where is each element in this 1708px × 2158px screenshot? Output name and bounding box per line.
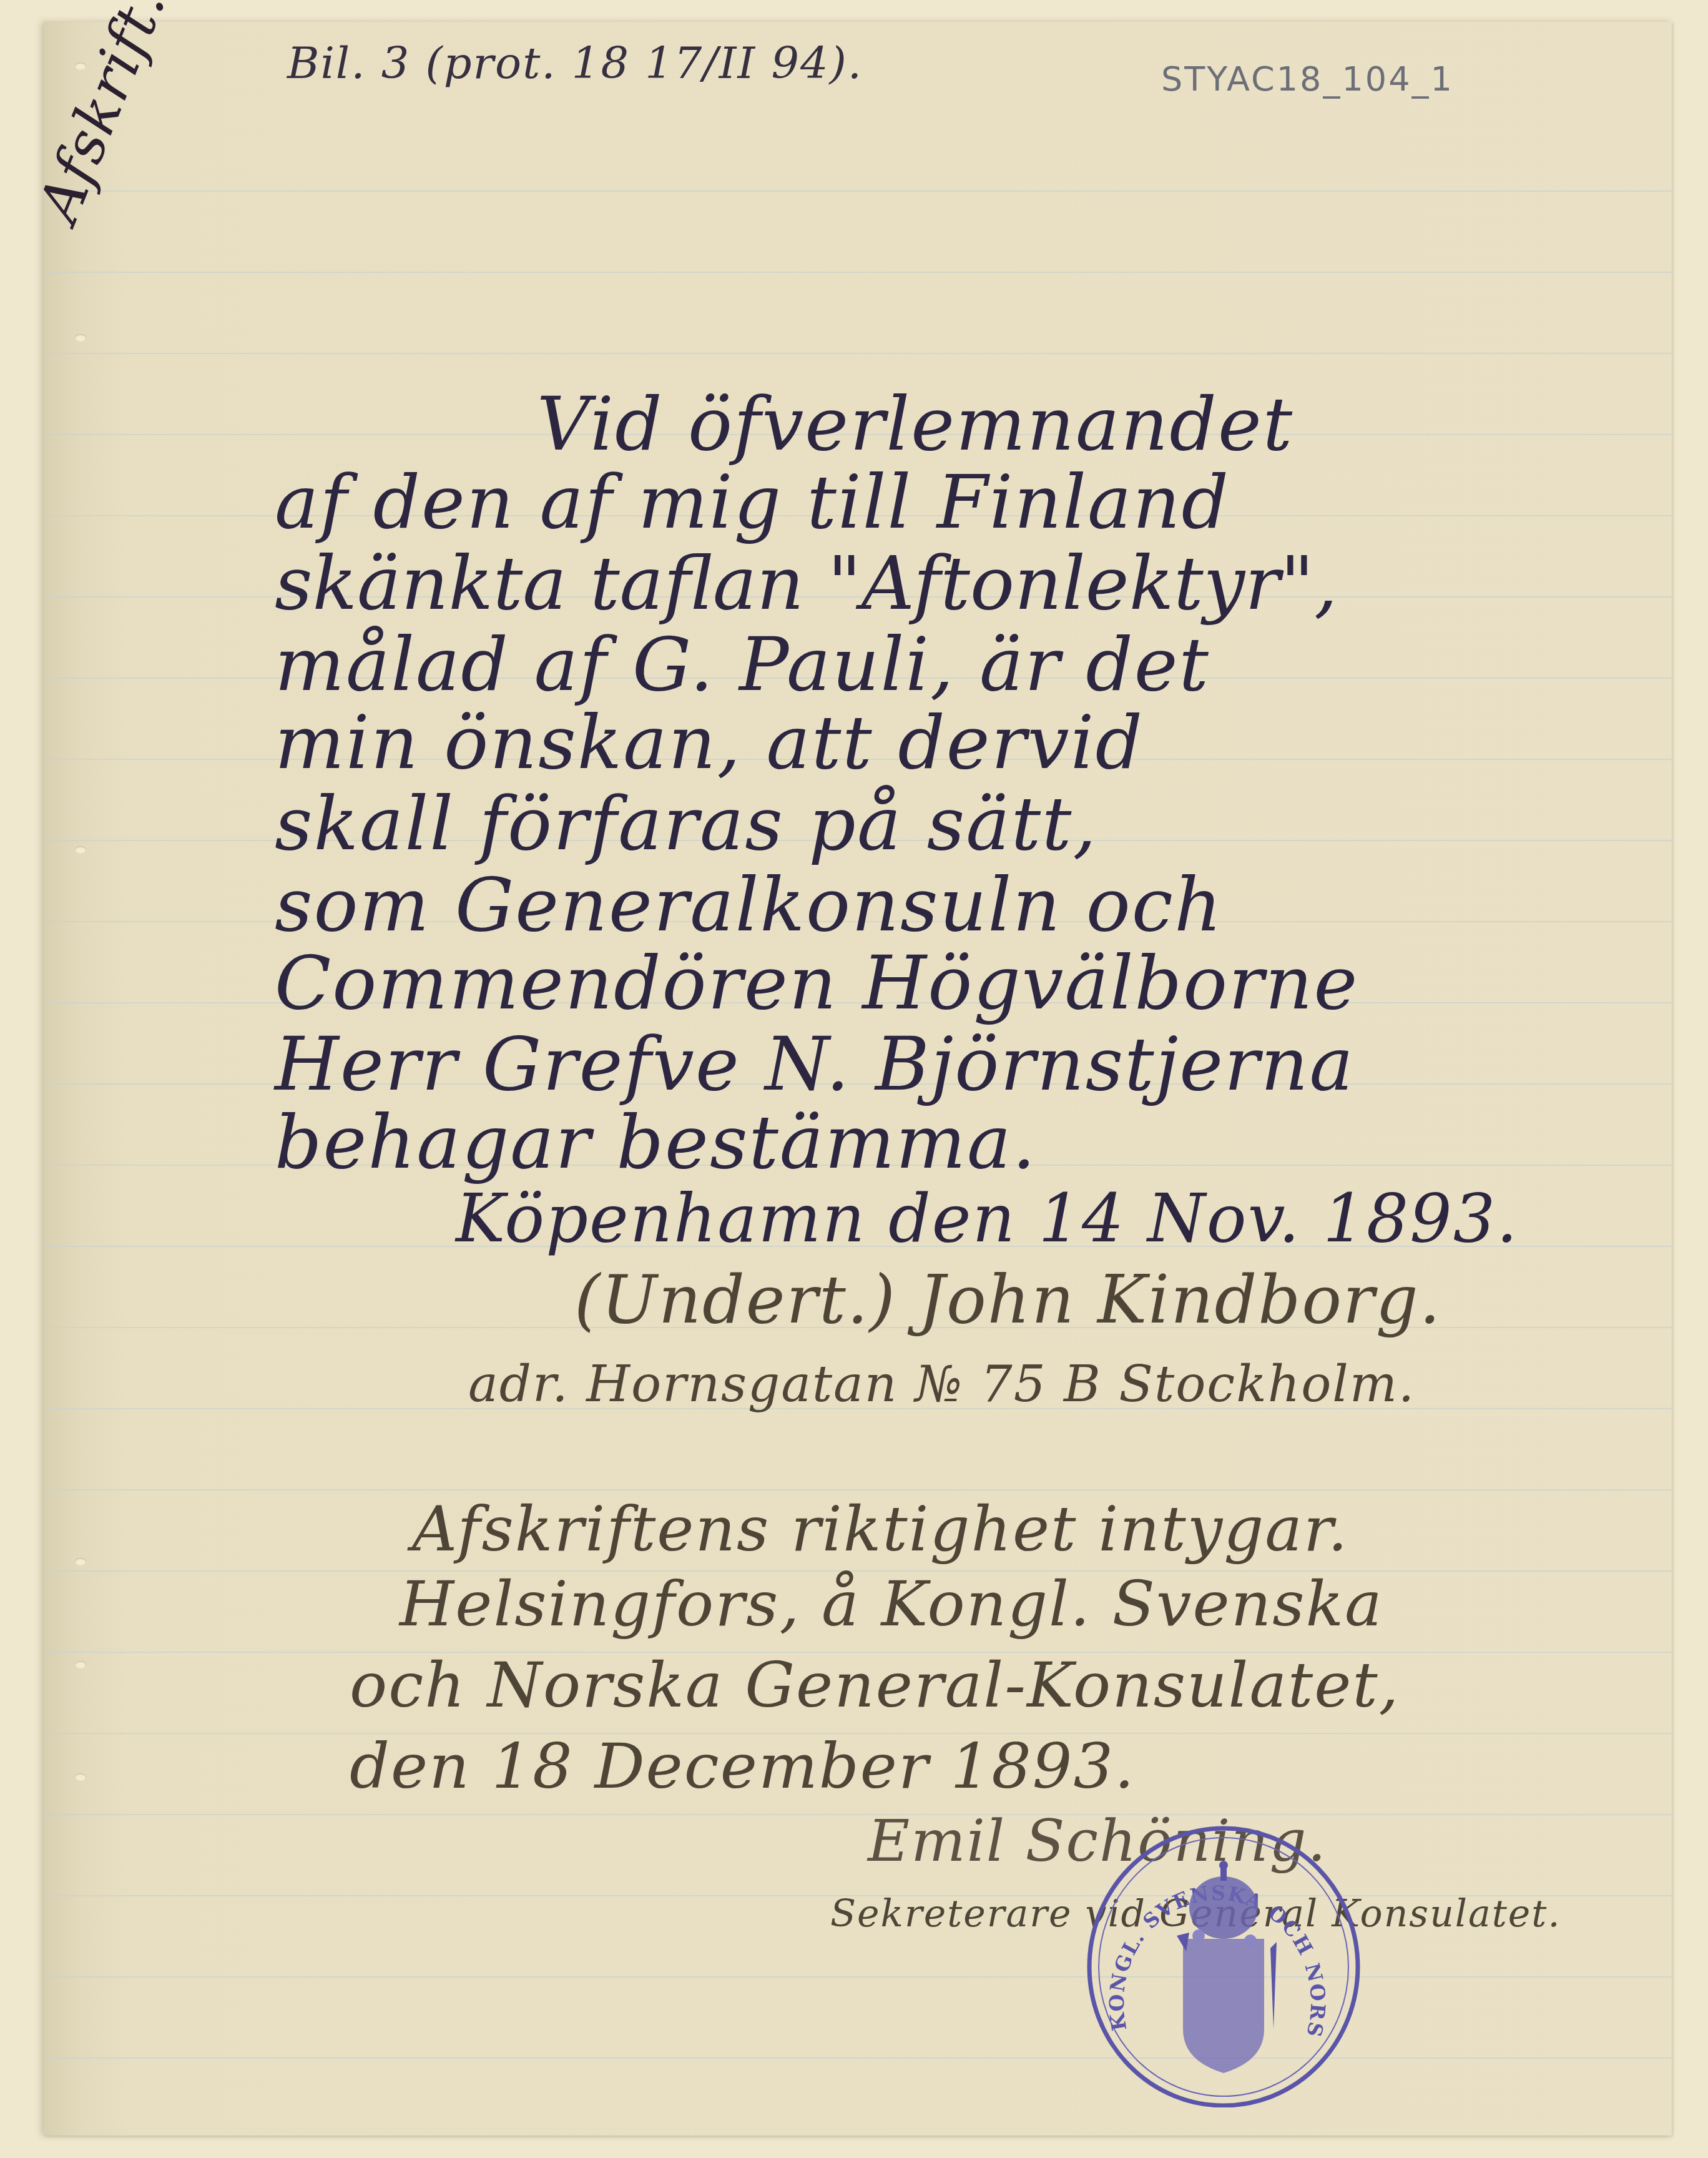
ruled-line [44, 353, 1672, 354]
letter-line: af den af mig till Finland [275, 459, 1230, 545]
crown-shield-icon: KONGL. SVENSKA OCH NORSKA GENERAL KONSUL… [1083, 1823, 1364, 2107]
letter-line: målad af G. Pauli, är det [275, 621, 1210, 707]
punch-hole [75, 1558, 86, 1565]
letter-line: Commendören Högvälborne [275, 940, 1358, 1026]
punch-hole [75, 1661, 86, 1668]
letter-line: skall förfaras på sätt, [275, 781, 1097, 867]
certification-line: Helsingfors, å Kongl. Svenska [400, 1567, 1383, 1640]
certification-line: den 18 December 1893. [350, 1730, 1136, 1803]
ruled-line [44, 1814, 1672, 1815]
archive-reference: STYAC18_104_1 [1161, 59, 1454, 99]
header-annotation: Bil. 3 (prot. 18 17/II 94). [287, 37, 863, 89]
ruled-line [44, 272, 1672, 273]
place-date: Köpenhamn den 14 Nov. 1893. [456, 1180, 1519, 1257]
certification-line: Afskriftens riktighet intygar. [412, 1492, 1348, 1565]
letter-line: min önskan, att dervid [275, 699, 1144, 786]
punch-hole [75, 334, 86, 342]
certification-line: och Norska General-Konsulatet, [350, 1648, 1400, 1722]
letter-line: behagar bestämma. [275, 1099, 1037, 1185]
punch-hole [75, 1773, 86, 1781]
ruled-line [44, 1976, 1672, 1978]
punch-hole [75, 846, 86, 854]
letter-line: Herr Grefve N. Björnstjerna [275, 1021, 1355, 1107]
consulate-stamp: KONGL. SVENSKA OCH NORSKA GENERAL KONSUL… [1083, 1823, 1364, 2107]
ruled-line [44, 1489, 1672, 1490]
letter-line: skänkta taflan "Aftonlektyr", [275, 540, 1337, 626]
ruled-line [44, 2057, 1672, 2059]
ruled-line [44, 190, 1672, 192]
letter-line: Vid öfverlemnandet [537, 381, 1293, 467]
signature-kindborg: (Undert.) John Kindborg. [574, 1261, 1441, 1338]
address: adr. Hornsgatan № 75 B Stockholm. [468, 1355, 1415, 1413]
letter-line: som Generalkonsuln och [275, 862, 1223, 948]
